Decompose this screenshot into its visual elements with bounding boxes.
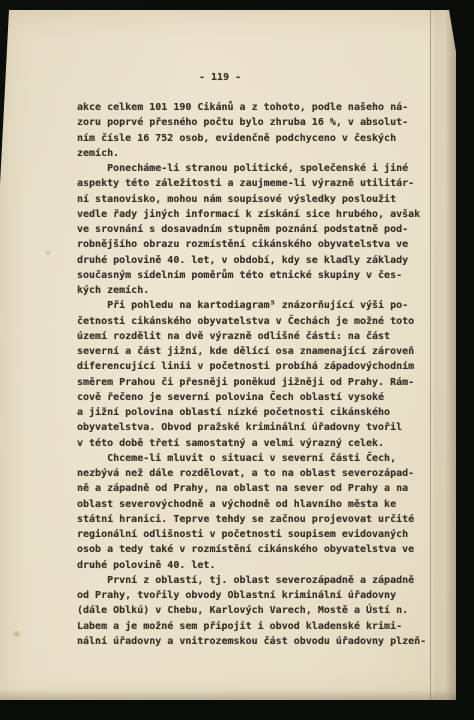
paper-stain	[13, 630, 21, 638]
text-line: vedle řady jiných informací k získání si…	[77, 207, 437, 222]
text-line: a jižní polovina oblastí nízké početnost…	[77, 405, 437, 420]
text-line: území rozdělit na dvě výrazně odlišné čá…	[77, 329, 437, 344]
text-line: četnosti cikánského obyvatelstva v Čechá…	[77, 314, 437, 329]
text-line: ním čísle 16 752 osob, evidenčně podchyc…	[77, 131, 437, 146]
text-line: (dále Oblkú) v Chebu, Karlových Varech, …	[77, 603, 437, 618]
text-line: směrem Prahou či přesněji poněkud jižněj…	[77, 375, 437, 390]
text-line: Labem a je možné sem připojit i obvod kl…	[77, 619, 437, 634]
text-line: První z oblastí, tj. oblast severozápadn…	[77, 573, 437, 588]
text-line: severní a část jižní, kde dělící osa zna…	[77, 344, 437, 359]
text-line: Chceme-li mluvit o situaci v severní čás…	[77, 451, 437, 466]
text-line: nální úřadovny a vnitrozemskou část obvo…	[77, 634, 437, 649]
text-line: zoru poprvé přesného počtu bylo zhruba 1…	[77, 115, 437, 130]
text-line: ně a západně od Prahy, na oblast na seve…	[77, 481, 437, 496]
body-text: akce celkem 101 190 Cikánů a z tohoto, p…	[77, 100, 437, 649]
scan-background: - 119 - akce celkem 101 190 Cikánů a z t…	[0, 0, 474, 720]
text-line: současným sídelním poměrům této etnické …	[77, 268, 437, 283]
text-line: státní hranici. Teprve tehdy se začnou p…	[77, 512, 437, 527]
text-line: aspekty této záležitosti a zaujmeme-li v…	[77, 176, 437, 191]
text-line: osob a tedy také v rozmístění cikánského…	[77, 542, 437, 557]
text-line: regionální odlišnosti v početnosti soupi…	[77, 527, 437, 542]
text-line: cově řečeno je severní polovina Čech obl…	[77, 390, 437, 405]
text-line: kých zemích.	[77, 283, 437, 298]
page-bottom-shadow	[0, 690, 456, 700]
text-line: druhé polovině 40. let.	[77, 558, 437, 573]
page-number: - 119 -	[199, 70, 241, 85]
text-line: robnějšího obrazu rozmístění cikánského …	[77, 237, 437, 252]
text-line: ve srovnání s dosavadním stupněm poznání…	[77, 222, 437, 237]
text-line: obyvatelstva. Obvod pražské kriminální ú…	[77, 420, 437, 435]
text-line: od Prahy, tvořily obvody Oblastní krimin…	[77, 588, 437, 603]
text-line: ní stanovisko, mohou nám soupisové výsle…	[77, 192, 437, 207]
paper-stain	[45, 250, 51, 256]
text-line: Ponecháme-li stranou politické, společen…	[77, 161, 437, 176]
text-line: v této době třetí samostatný a velmi výr…	[77, 436, 437, 451]
text-line: druhé polovině 40. let, v období, kdy se…	[77, 253, 437, 268]
text-line: akce celkem 101 190 Cikánů a z tohoto, p…	[77, 100, 437, 115]
document-page: - 119 - akce celkem 101 190 Cikánů a z t…	[0, 10, 456, 700]
text-line: oblast severovýchodně a východně od hlav…	[77, 497, 437, 512]
text-line: nezbývá než dále rozdělovat, a to na obl…	[77, 466, 437, 481]
text-line: Při pohledu na kartodiagram⁵ znázorňujíc…	[77, 298, 437, 313]
text-line: zemích.	[77, 146, 437, 161]
text-line: diferencující linii v početnosti probíhá…	[77, 359, 437, 374]
